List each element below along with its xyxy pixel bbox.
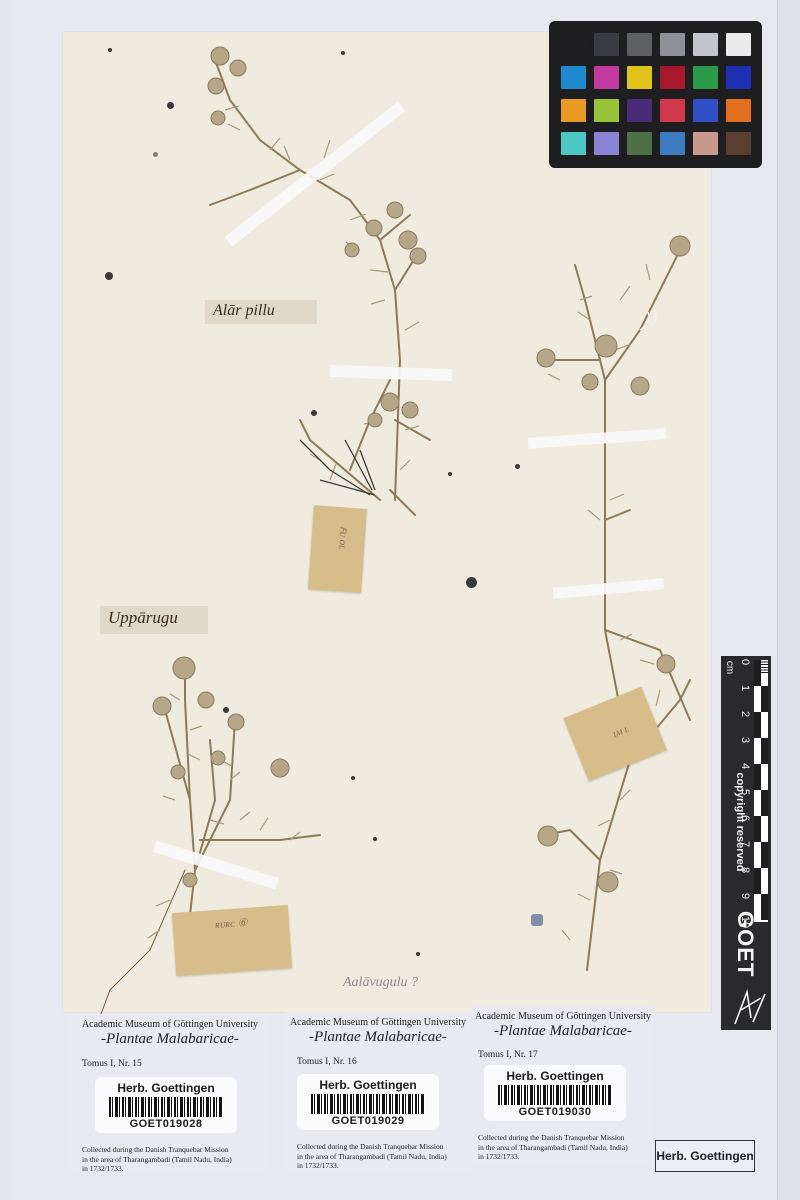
copyright-text: copyright reserved <box>734 747 746 897</box>
ruler-tick-label: 2 <box>739 706 751 722</box>
color-patch <box>561 99 586 122</box>
ruler-tick-label: 3 <box>739 732 751 748</box>
tomus-number: Tomus I, Nr. 17 <box>478 1050 538 1060</box>
ruler-unit: cm <box>724 661 735 674</box>
specimen-tag: ꜰᴜ ᴏʟ <box>308 505 367 592</box>
tag-scrawl: ʀᴜʀᴄ ⑥ <box>214 916 248 931</box>
handwritten-label: Uppārugu <box>100 606 208 634</box>
collection-name: -Plantae Malabaricae- <box>472 1023 654 1040</box>
barcode-title: Herb. Goettingen <box>95 1081 237 1095</box>
ruler-tick-label: 0 <box>739 654 751 670</box>
color-patch <box>561 132 586 155</box>
barcode-icon <box>498 1085 612 1105</box>
barcode-id: GOET019030 <box>484 1106 626 1118</box>
color-patch <box>594 132 619 155</box>
color-patch <box>693 132 718 155</box>
handwritten-label: Alār pillu <box>205 300 317 324</box>
color-patch <box>726 33 751 56</box>
specimen-label-2: Academic Museum of Göttingen University … <box>285 1012 471 1172</box>
barcode-title: Herb. Goettingen <box>484 1069 626 1083</box>
pencil-annotation: Aalāvugulu ? <box>343 975 418 991</box>
color-patch <box>594 33 619 56</box>
goet-brand: GOET <box>732 911 758 991</box>
color-patch <box>627 66 652 89</box>
institution-name: Academic Museum of Göttingen University <box>472 1011 654 1022</box>
goet-logo-icon <box>731 988 767 1028</box>
barcode-id: GOET019029 <box>297 1115 439 1127</box>
tomus-number: Tomus I, Nr. 16 <box>297 1057 357 1067</box>
color-patch <box>594 66 619 89</box>
color-patch <box>660 99 685 122</box>
tag-scrawl: ɪᴍ ʟ <box>611 723 631 740</box>
collection-description: Collected during the Danish Tranquebar M… <box>82 1145 232 1174</box>
collection-description: Collected during the Danish Tranquebar M… <box>297 1142 447 1171</box>
scale-ruler: cm 012345678910 copyright reserved GOET <box>721 656 771 1030</box>
specimen-label-1: Academic Museum of Göttingen University … <box>70 1014 270 1174</box>
color-patch <box>693 66 718 89</box>
color-patch <box>561 66 586 89</box>
tomus-number: Tomus I, Nr. 15 <box>82 1059 142 1069</box>
specimen-tag: ʀᴜʀᴄ ⑥ <box>172 905 292 976</box>
herbarium-stamp: Herb. Goettingen <box>655 1140 755 1172</box>
ruler-tick-label: 1 <box>739 680 751 696</box>
tag-scrawl: ꜰᴜ ᴏʟ <box>336 526 351 550</box>
specimen-label-3: Academic Museum of Göttingen University … <box>472 1006 654 1166</box>
color-patch <box>627 132 652 155</box>
barcode-card: Herb. Goettingen GOET019029 <box>297 1074 439 1130</box>
institution-name: Academic Museum of Göttingen University <box>70 1019 270 1030</box>
collection-name: -Plantae Malabaricae- <box>70 1031 270 1048</box>
color-patch <box>561 33 586 56</box>
color-patch <box>726 99 751 122</box>
barcode-id: GOET019028 <box>95 1118 237 1130</box>
color-patch <box>660 132 685 155</box>
barcode-card: Herb. Goettingen GOET019028 <box>95 1077 237 1133</box>
institution-name: Academic Museum of Göttingen University <box>285 1017 471 1028</box>
color-patch <box>693 99 718 122</box>
color-patch <box>594 99 619 122</box>
barcode-card: Herb. Goettingen GOET019030 <box>484 1065 626 1121</box>
color-patch <box>660 66 685 89</box>
color-calibration-card <box>549 21 762 168</box>
barcode-icon <box>311 1094 425 1114</box>
color-patch <box>726 66 751 89</box>
color-patch <box>660 33 685 56</box>
ruler-scale <box>754 660 768 922</box>
collection-description: Collected during the Danish Tranquebar M… <box>478 1133 628 1162</box>
color-patch <box>627 99 652 122</box>
color-patch <box>726 132 751 155</box>
barcode-title: Herb. Goettingen <box>297 1078 439 1092</box>
barcode-icon <box>109 1097 223 1117</box>
color-patch <box>693 33 718 56</box>
color-patch <box>627 33 652 56</box>
collection-name: -Plantae Malabaricae- <box>285 1029 471 1046</box>
